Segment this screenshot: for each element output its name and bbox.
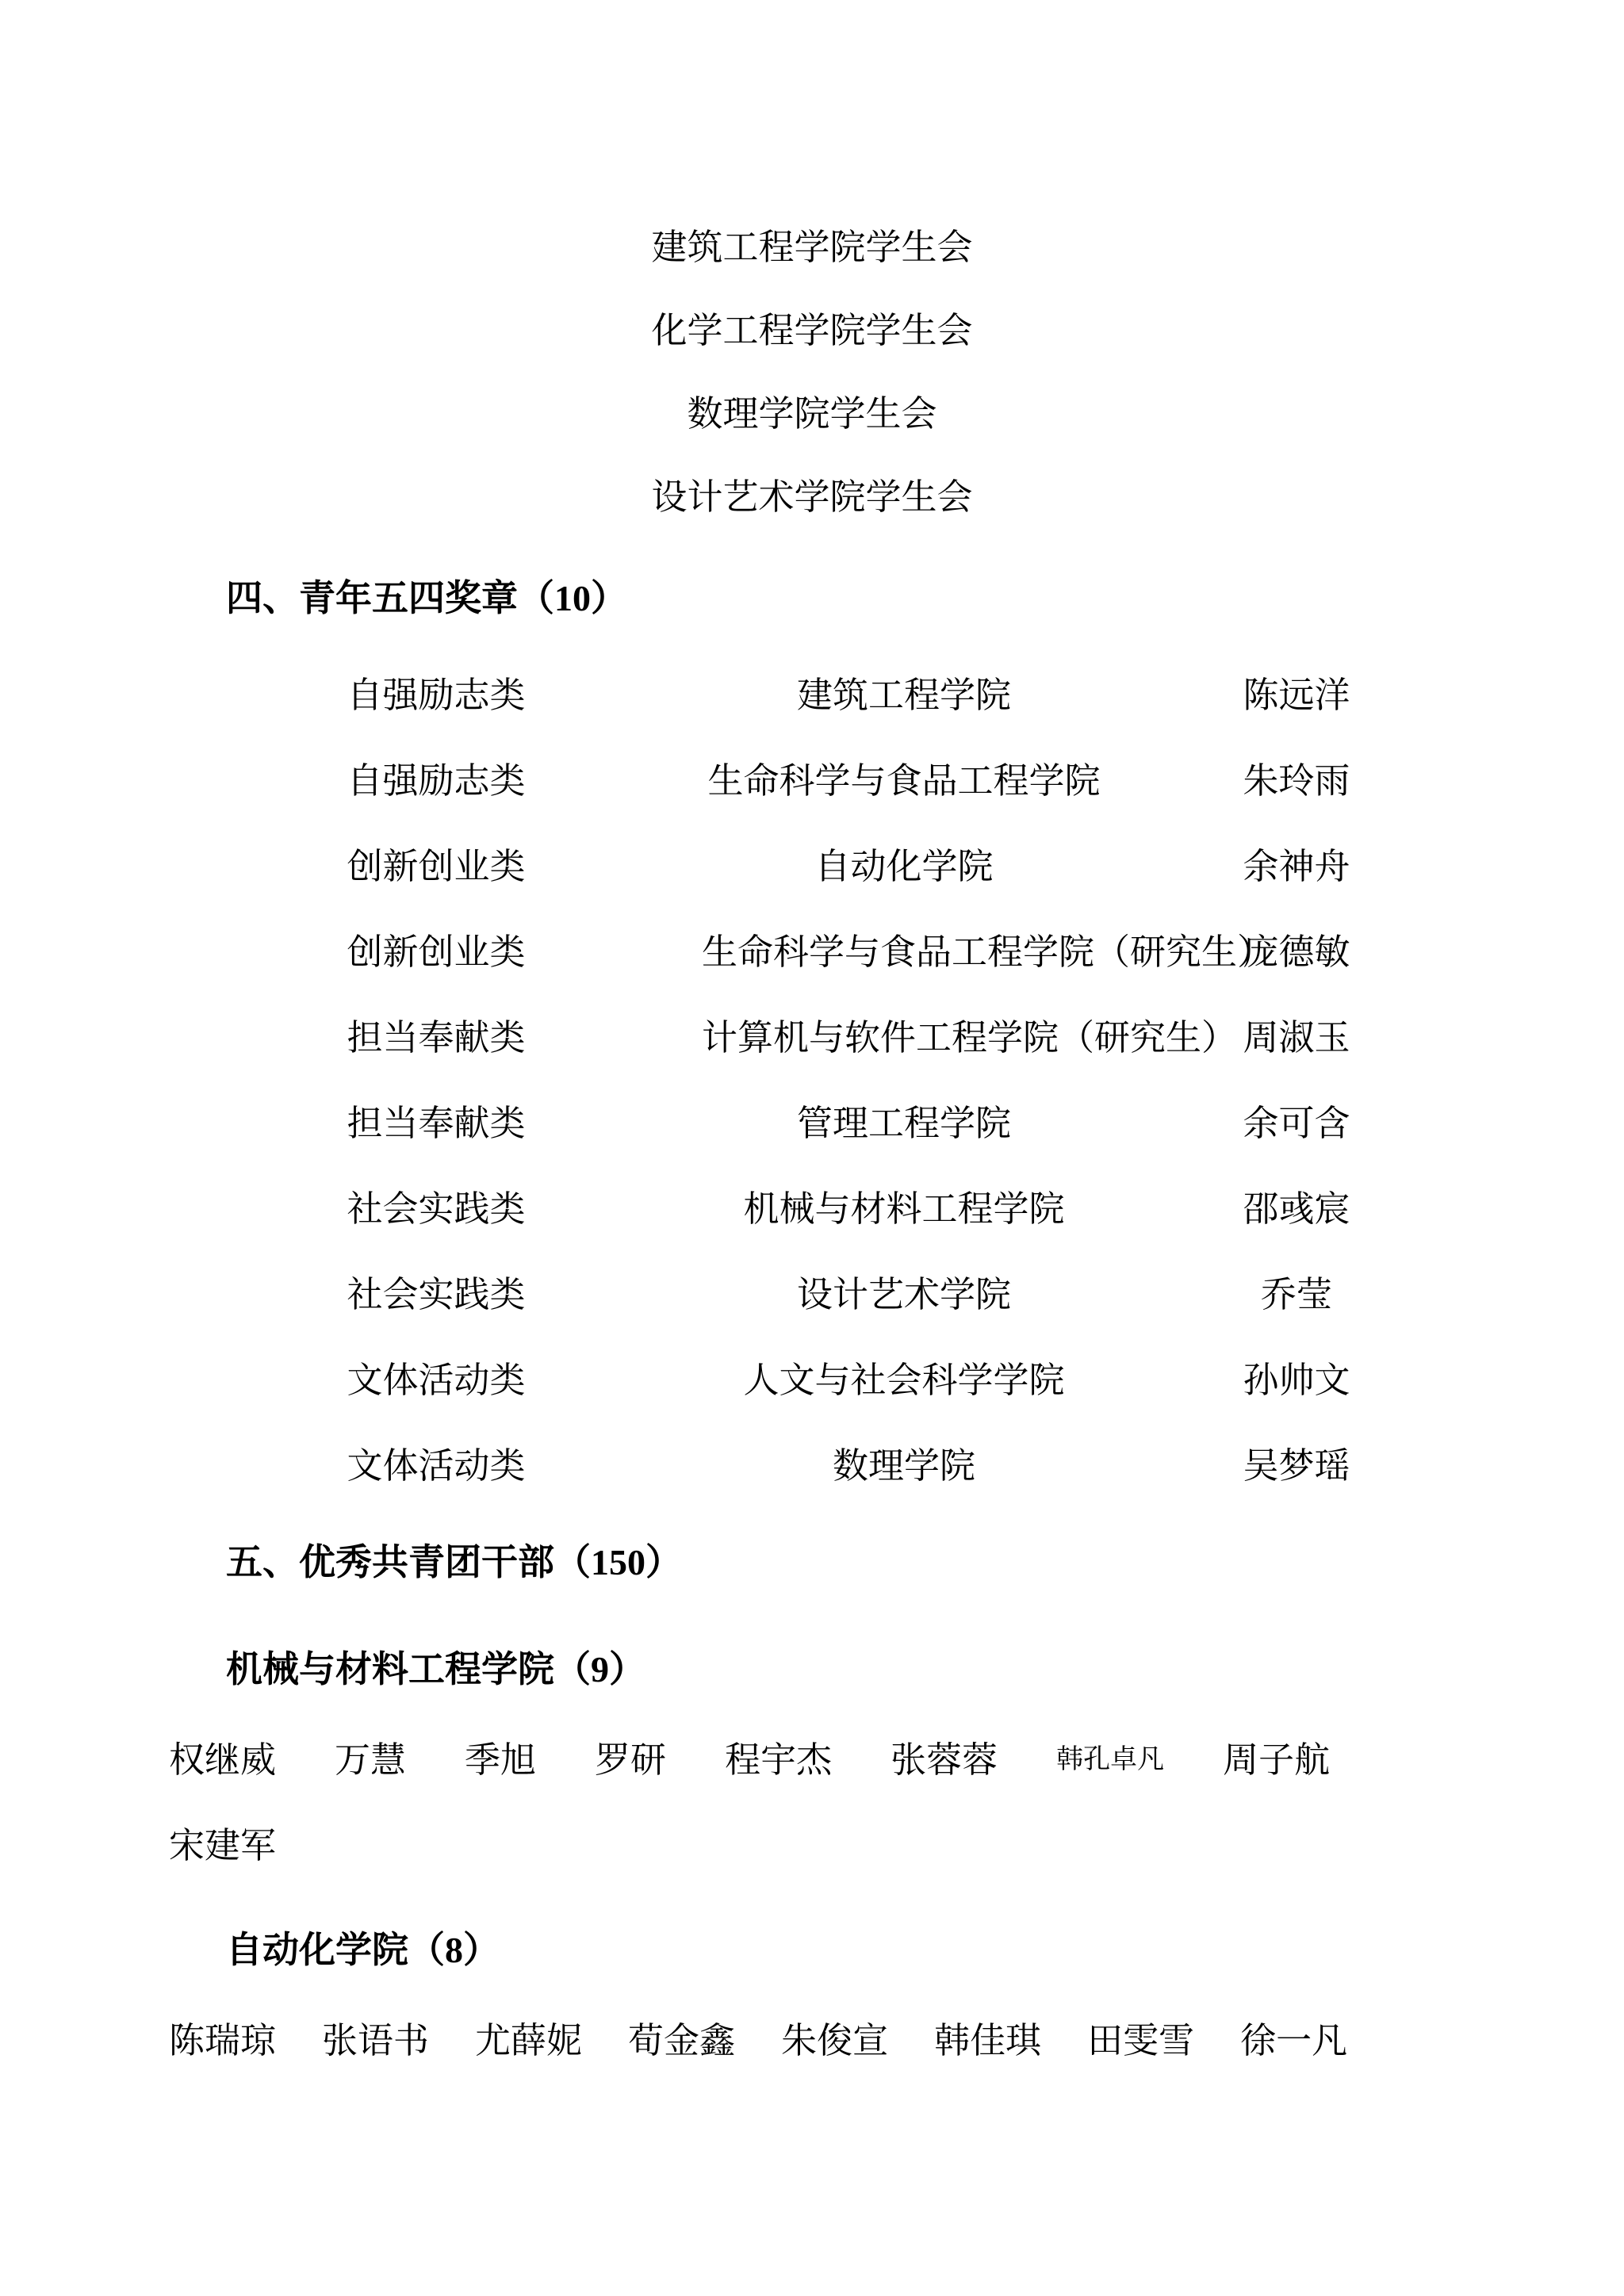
student-union-line: 数理学院学生会 [0, 373, 1624, 456]
award-category: 自强励志类 [170, 752, 702, 803]
cadre-name: 韩孔卓凡 [1056, 1737, 1164, 1776]
award-college: 计算机与软件工程学院（研究生） [702, 1008, 1106, 1060]
student-union-line: 设计艺术学院学生会 [0, 456, 1624, 539]
student-union-list: 建筑工程学院学生会化学工程学院学生会数理学院学生会设计艺术学院学生会 [0, 206, 1624, 539]
medal-section-title: 四、青年五四奖章（10） [0, 555, 1624, 642]
award-winner-name: 吴梦瑶 [1106, 1437, 1487, 1488]
document-page: 建筑工程学院学生会化学工程学院学生会数理学院学生会设计艺术学院学生会 四、青年五… [0, 0, 1624, 2296]
college-group-title: 机械与材料工程学院（9） [0, 1626, 1624, 1713]
award-row: 自强励志类 生命科学与食品工程学院 朱玲雨 [0, 734, 1624, 820]
cadre-name: 田雯雪 [1087, 2011, 1194, 2063]
award-category: 文体活动类 [170, 1351, 702, 1402]
cadre-name: 张蓉蓉 [891, 1731, 998, 1782]
student-union-line: 建筑工程学院学生会 [0, 206, 1624, 289]
award-category: 社会实践类 [170, 1265, 702, 1317]
award-row: 社会实践类 设计艺术学院 乔莹 [0, 1248, 1624, 1334]
cadre-name: 宋建军 [169, 1816, 276, 1868]
award-winner-name: 朱玲雨 [1106, 752, 1487, 803]
award-category: 创新创业类 [170, 837, 702, 889]
award-row: 创新创业类 生命科学与食品工程学院（研究生） 庞德敏 [0, 905, 1624, 991]
cadre-name-line: 宋建军 [0, 1799, 1624, 1885]
award-college: 自动化学院 [702, 837, 1106, 889]
award-college: 管理工程学院 [702, 1094, 1106, 1146]
award-row: 自强励志类 建筑工程学院 陈远洋 [0, 649, 1624, 734]
college-group: 自动化学院（8） 陈瑞琼张语书尤薛妮荀金鑫朱俊宣韩佳琪田雯雪徐一凡 [0, 1907, 1624, 2080]
student-union-line: 化学工程学院学生会 [0, 289, 1624, 373]
award-college: 人文与社会科学学院 [702, 1351, 1106, 1402]
cadre-college-groups: 机械与材料工程学院（9） 权继威万慧季旭罗研程宇杰张蓉蓉韩孔卓凡周子航宋建军 自… [0, 1626, 1624, 2080]
cadre-name: 罗研 [595, 1731, 666, 1782]
medal-award-table: 自强励志类 建筑工程学院 陈远洋 自强励志类 生命科学与食品工程学院 朱玲雨 创… [0, 649, 1624, 1505]
award-winner-name: 乔莹 [1106, 1265, 1487, 1317]
award-college: 设计艺术学院 [702, 1265, 1106, 1317]
college-group-title: 自动化学院（8） [0, 1907, 1624, 1994]
cadre-name: 徐一凡 [1240, 2011, 1347, 2063]
cadre-section-title: 五、优秀共青团干部（150） [0, 1519, 1624, 1606]
award-row: 文体活动类 人文与社会科学学院 孙帅文 [0, 1334, 1624, 1419]
award-winner-name: 余可含 [1106, 1094, 1487, 1146]
award-category: 担当奉献类 [170, 1008, 702, 1060]
award-winner-name: 孙帅文 [1106, 1351, 1487, 1402]
award-winner-name: 周淑玉 [1106, 1008, 1487, 1060]
award-row: 文体活动类 数理学院 吴梦瑶 [0, 1419, 1624, 1505]
award-category: 担当奉献类 [170, 1094, 702, 1146]
cadre-name: 权继威 [169, 1731, 276, 1782]
award-category: 自强励志类 [170, 666, 702, 717]
award-winner-name: 陈远洋 [1106, 666, 1487, 717]
cadre-name: 尤薛妮 [475, 2011, 582, 2063]
award-category: 社会实践类 [170, 1180, 702, 1231]
college-group: 机械与材料工程学院（9） 权继威万慧季旭罗研程宇杰张蓉蓉韩孔卓凡周子航宋建军 [0, 1626, 1624, 1885]
cadre-name: 张语书 [322, 2011, 429, 2063]
cadre-name-line: 陈瑞琼张语书尤薛妮荀金鑫朱俊宣韩佳琪田雯雪徐一凡 [0, 1994, 1624, 2080]
award-winner-name: 庞德敏 [1106, 923, 1487, 974]
award-row: 创新创业类 自动化学院 余神舟 [0, 820, 1624, 905]
award-row: 担当奉献类 计算机与软件工程学院（研究生） 周淑玉 [0, 991, 1624, 1077]
cadre-name: 程宇杰 [725, 1731, 832, 1782]
award-college: 数理学院 [702, 1437, 1106, 1488]
cadre-name: 韩佳琪 [934, 2011, 1041, 2063]
cadre-name: 荀金鑫 [628, 2011, 735, 2063]
award-row: 社会实践类 机械与材料工程学院 邵彧宸 [0, 1162, 1624, 1248]
award-row: 担当奉献类 管理工程学院 余可含 [0, 1077, 1624, 1162]
award-winner-name: 邵彧宸 [1106, 1180, 1487, 1231]
cadre-name: 万慧 [335, 1731, 406, 1782]
cadre-name: 季旭 [465, 1731, 536, 1782]
cadre-name: 周子航 [1223, 1731, 1330, 1782]
cadre-name: 朱俊宣 [781, 2011, 888, 2063]
award-winner-name: 余神舟 [1106, 837, 1487, 889]
award-college: 建筑工程学院 [702, 666, 1106, 717]
award-category: 创新创业类 [170, 923, 702, 974]
award-category: 文体活动类 [170, 1437, 702, 1488]
cadre-name: 陈瑞琼 [169, 2011, 276, 2063]
award-college: 生命科学与食品工程学院 [702, 752, 1106, 803]
award-college: 机械与材料工程学院 [702, 1180, 1106, 1231]
award-college: 生命科学与食品工程学院（研究生） [702, 923, 1106, 974]
cadre-name-line: 权继威万慧季旭罗研程宇杰张蓉蓉韩孔卓凡周子航 [0, 1713, 1624, 1799]
